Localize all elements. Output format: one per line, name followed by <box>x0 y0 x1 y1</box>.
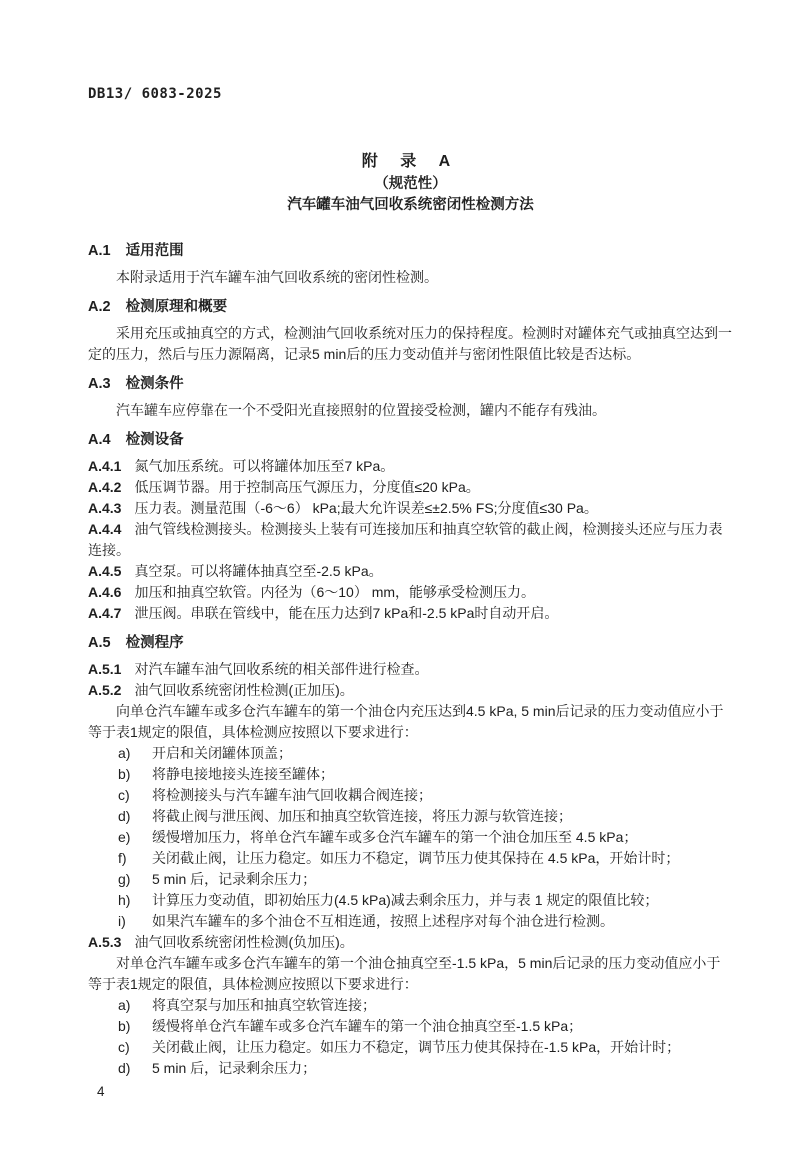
clause-a4-3: A.4.3压力表。测量范围（-6～6） kPa;最大允许误差≤±2.5% FS;… <box>88 498 733 519</box>
section-number: A.5 <box>88 635 111 651</box>
paragraph: 本附录适用于汽车罐车油气回收系统的密闭性检测。 <box>88 267 733 288</box>
list-item-text: 将检测接头与汽车罐车油气回收耦合阀连接； <box>152 787 432 803</box>
list-item-text: 将真空泵与加压和抽真空软管连接； <box>152 997 376 1013</box>
list-item: h)计算压力变动值，即初始压力(4.5 kPa)减去剩余压力，并与表 1 规定的… <box>88 890 733 911</box>
section-number: A.2 <box>88 299 111 315</box>
list-item-text: 5 min 后，记录剩余压力； <box>152 871 316 887</box>
list-item-text: 缓慢增加压力，将单仓汽车罐车或多仓汽车罐车的第一个油仓加压至 4.5 kPa； <box>152 829 637 845</box>
clause-number: A.4.7 <box>88 605 121 621</box>
clause-a4-4: A.4.4油气管线检测接头。检测接头上装有可连接加压和抽真空软管的截止阀，检测接… <box>88 519 733 561</box>
list-item: c)关闭截止阀，让压力稳定。如压力不稳定，调节压力使其保持在-1.5 kPa，开… <box>88 1037 733 1058</box>
page-number: 4 <box>97 1081 105 1102</box>
list-item-text: 将静电接地接头连接至罐体； <box>152 766 334 782</box>
appendix-subject: 汽车罐车油气回收系统密闭性检测方法 <box>88 195 733 215</box>
list-marker: d) <box>118 806 152 827</box>
section-title: 检测条件 <box>126 376 184 392</box>
paragraph: 汽车罐车应停靠在一个不受阳光直接照射的位置接受检测，罐内不能存有残油。 <box>88 400 733 421</box>
clause-a4-1: A.4.1氮气加压系统。可以将罐体加压至7 kPa。 <box>88 456 733 477</box>
clause-number: A.5.3 <box>88 934 121 950</box>
clause-text: 油气管线检测接头。检测接头上装有可连接加压和抽真空软管的截止阀，检测接头还应与压… <box>88 521 722 558</box>
list-item: e)缓慢增加压力，将单仓汽车罐车或多仓汽车罐车的第一个油仓加压至 4.5 kPa… <box>88 827 733 848</box>
list-item: a)开启和关闭罐体顶盖； <box>88 743 733 764</box>
list-item: d)将截止阀与泄压阀、加压和抽真空软管连接，将压力源与软管连接； <box>88 806 733 827</box>
list-marker: a) <box>118 743 152 764</box>
list-item-text: 关闭截止阀，让压力稳定。如压力不稳定，调节压力使其保持在-1.5 kPa，开始计… <box>152 1039 680 1055</box>
list-marker: c) <box>118 785 152 806</box>
list-marker: h) <box>118 890 152 911</box>
clause-number: A.4.6 <box>88 584 121 600</box>
list-item: i)如果汽车罐车的多个油仓不互相连通，按照上述程序对每个油仓进行检测。 <box>88 911 733 932</box>
clause-text: 压力表。测量范围（-6～6） kPa;最大允许误差≤±2.5% FS;分度值≤3… <box>134 500 597 516</box>
section-title: 适用范围 <box>126 243 184 259</box>
section-heading-a2: A.2检测原理和概要 <box>88 297 733 318</box>
clause-text: 对汽车罐车油气回收系统的相关部件进行检查。 <box>134 661 428 677</box>
clause-a5-2: A.5.2油气回收系统密闭性检测(正加压)。 <box>88 680 733 701</box>
clause-a4-7: A.4.7泄压阀。串联在管线中，能在压力达到7 kPa和-2.5 kPa时自动开… <box>88 603 733 624</box>
section-number: A.4 <box>88 432 111 448</box>
clause-text: 加压和抽真空软管。内径为（6～10） mm，能够承受检测压力。 <box>134 584 535 600</box>
list-item: f)关闭截止阀，让压力稳定。如压力不稳定，调节压力使其保持在 4.5 kPa，开… <box>88 848 733 869</box>
document-body: A.1适用范围 本附录适用于汽车罐车油气回收系统的密闭性检测。 A.2检测原理和… <box>88 241 733 1079</box>
list-item-text: 缓慢将单仓汽车罐车或多仓汽车罐车的第一个油仓抽真空至-1.5 kPa； <box>152 1018 582 1034</box>
list-item: c)将检测接头与汽车罐车油气回收耦合阀连接； <box>88 785 733 806</box>
section-heading-a5: A.5检测程序 <box>88 633 733 654</box>
list-item: a)将真空泵与加压和抽真空软管连接； <box>88 995 733 1016</box>
clause-a4-6: A.4.6加压和抽真空软管。内径为（6～10） mm，能够承受检测压力。 <box>88 582 733 603</box>
clause-text: 氮气加压系统。可以将罐体加压至7 kPa。 <box>134 458 394 474</box>
list-item-text: 关闭截止阀，让压力稳定。如压力不稳定，调节压力使其保持在 4.5 kPa，开始计… <box>152 850 679 866</box>
clause-text: 油气回收系统密闭性检测(负加压)。 <box>134 934 353 950</box>
list-marker: b) <box>118 764 152 785</box>
section-number: A.3 <box>88 376 111 392</box>
clause-a5-1: A.5.1对汽车罐车油气回收系统的相关部件进行检查。 <box>88 659 733 680</box>
list-item: b)将静电接地接头连接至罐体； <box>88 764 733 785</box>
clause-number: A.4.5 <box>88 563 121 579</box>
paragraph: 采用充压或抽真空的方式，检测油气回收系统对压力的保持程度。检测时对罐体充气或抽真… <box>88 323 733 365</box>
document-code: DB13/ 6083-2025 <box>88 84 733 105</box>
clause-a4-2: A.4.2低压调节器。用于控制高压气源压力，分度值≤20 kPa。 <box>88 477 733 498</box>
appendix-heading: 附 录 A <box>88 151 733 173</box>
clause-number: A.4.2 <box>88 479 121 495</box>
section-title: 检测程序 <box>126 635 184 651</box>
list-item-text: 计算压力变动值，即初始压力(4.5 kPa)减去剩余压力，并与表 1 规定的限值… <box>152 892 658 908</box>
clause-number: A.4.1 <box>88 458 121 474</box>
section-heading-a4: A.4检测设备 <box>88 430 733 451</box>
clause-number: A.4.3 <box>88 500 121 516</box>
paragraph: 向单仓汽车罐车或多仓汽车罐车的第一个油仓内充压达到4.5 kPa, 5 min后… <box>88 701 733 743</box>
list-marker: d) <box>118 1058 152 1079</box>
clause-text: 泄压阀。串联在管线中，能在压力达到7 kPa和-2.5 kPa时自动开启。 <box>134 605 558 621</box>
clause-a5-3: A.5.3油气回收系统密闭性检测(负加压)。 <box>88 932 733 953</box>
list-item: b)缓慢将单仓汽车罐车或多仓汽车罐车的第一个油仓抽真空至-1.5 kPa； <box>88 1016 733 1037</box>
section-title: 检测原理和概要 <box>126 299 228 315</box>
clause-a4-5: A.4.5真空泵。可以将罐体抽真空至-2.5 kPa。 <box>88 561 733 582</box>
list-item-text: 开启和关闭罐体顶盖； <box>152 745 292 761</box>
list-marker: g) <box>118 869 152 890</box>
section-heading-a3: A.3检测条件 <box>88 374 733 395</box>
clause-number: A.5.2 <box>88 682 121 698</box>
clause-text: 低压调节器。用于控制高压气源压力，分度值≤20 kPa。 <box>134 479 479 495</box>
list-marker: c) <box>118 1037 152 1058</box>
appendix-title-block: 附 录 A （规范性） 汽车罐车油气回收系统密闭性检测方法 <box>88 151 733 215</box>
list-marker: e) <box>118 827 152 848</box>
list-marker: f) <box>118 848 152 869</box>
list-marker: a) <box>118 995 152 1016</box>
section-title: 检测设备 <box>126 432 184 448</box>
clause-number: A.4.4 <box>88 521 121 537</box>
list-marker: b) <box>118 1016 152 1037</box>
section-heading-a1: A.1适用范围 <box>88 241 733 262</box>
document-page: DB13/ 6083-2025 附 录 A （规范性） 汽车罐车油气回收系统密闭… <box>0 0 811 1162</box>
list-item-text: 5 min 后，记录剩余压力； <box>152 1060 316 1076</box>
normative-label: （规范性） <box>88 174 733 194</box>
list-item: g)5 min 后，记录剩余压力； <box>88 869 733 890</box>
clause-text: 真空泵。可以将罐体抽真空至-2.5 kPa。 <box>134 563 382 579</box>
list-item: d)5 min 后，记录剩余压力； <box>88 1058 733 1079</box>
section-number: A.1 <box>88 243 111 259</box>
clause-number: A.5.1 <box>88 661 121 677</box>
list-item-text: 如果汽车罐车的多个油仓不互相连通，按照上述程序对每个油仓进行检测。 <box>152 913 614 929</box>
list-item-text: 将截止阀与泄压阀、加压和抽真空软管连接，将压力源与软管连接； <box>152 808 572 824</box>
paragraph: 对单仓汽车罐车或多仓汽车罐车的第一个油仓抽真空至-1.5 kPa，5 min后记… <box>88 953 733 995</box>
clause-text: 油气回收系统密闭性检测(正加压)。 <box>134 682 353 698</box>
list-marker: i) <box>118 911 152 932</box>
